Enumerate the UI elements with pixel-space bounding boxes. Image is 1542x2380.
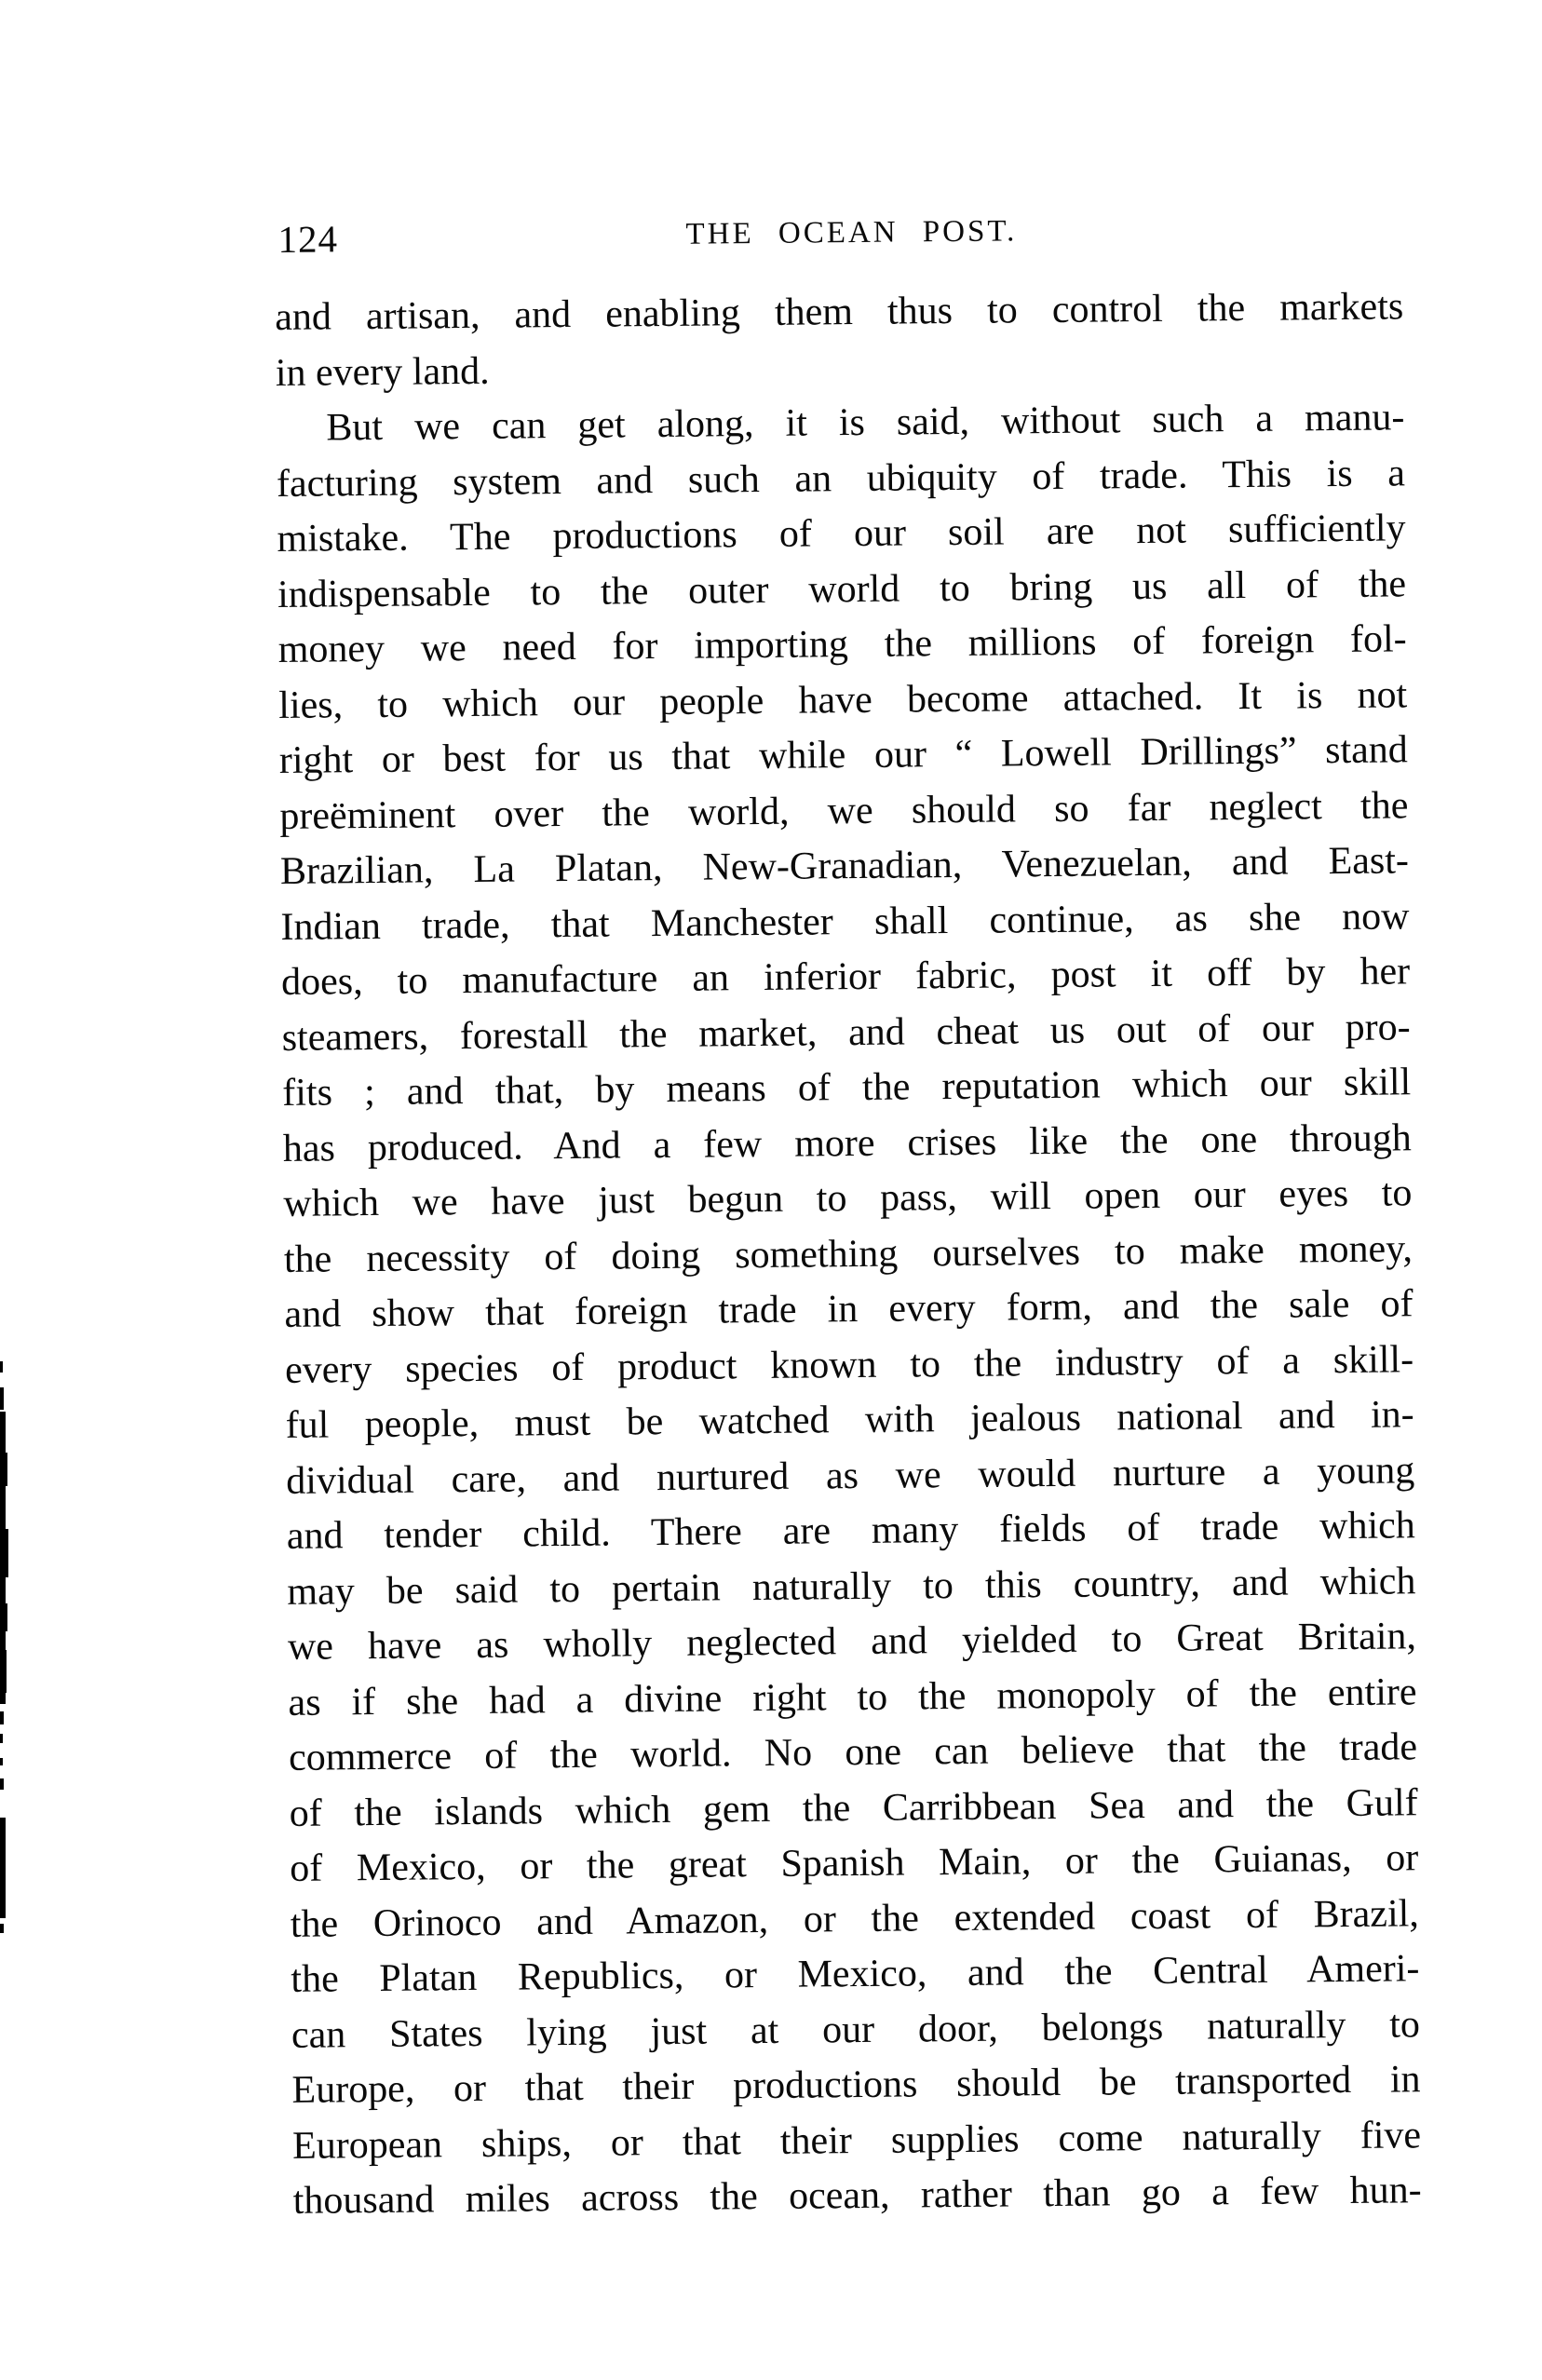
page-number: 124 <box>277 216 338 262</box>
text-line: thousand miles across the ocean, rather … <box>292 2163 1422 2229</box>
text-line: the Platan Republics, or Mexico, and the… <box>291 1941 1420 2008</box>
text-line: But we can get along, it is said, withou… <box>276 390 1405 456</box>
text-line: money we need for importing the millions… <box>277 612 1407 678</box>
text-line: we have as wholly neglected and yielded … <box>288 1609 1417 1675</box>
text-line: of Mexico, or the great Spanish Main, or… <box>290 1831 1419 1897</box>
scan-artifact <box>0 1361 3 1373</box>
text-line: does, to manufacture an inferior fabric,… <box>281 944 1411 1010</box>
scan-artifact <box>0 1529 8 1577</box>
page-header: 124 THE OCEAN POST. <box>274 206 1402 265</box>
scan-artifact <box>0 1734 3 1743</box>
text-line: fits ; and that, by means of the reputat… <box>282 1055 1412 1121</box>
scan-artifact <box>0 1453 7 1486</box>
scan-artifact <box>0 1924 4 1933</box>
text-line: and tender child. There are many fields … <box>287 1498 1416 1564</box>
scan-artifact <box>0 1650 7 1693</box>
text-line: mistake. The productions of our soil are… <box>277 501 1406 567</box>
body-text: and artisan, and enabling them thus to c… <box>275 279 1422 2229</box>
text-line: ful people, must be watched with jealous… <box>285 1387 1414 1454</box>
text-line: and artisan, and enabling them thus to c… <box>275 279 1404 345</box>
scan-artifact <box>0 1603 7 1631</box>
text-line: right or best for us that while our “ Lo… <box>279 723 1409 789</box>
text-line: which we have just begun to pass, will o… <box>283 1166 1413 1232</box>
scan-artifact <box>0 1778 4 1790</box>
text-line: Europe, or that their productions should… <box>291 2052 1421 2118</box>
scan-artifact <box>0 1387 4 1410</box>
running-title: THE OCEAN POST. <box>685 214 1017 251</box>
scan-artifact <box>0 1758 3 1765</box>
scan-artifact <box>0 1818 6 1918</box>
scanned-book-page: { "page": { "number": "124", "running_ti… <box>0 0 1542 2380</box>
text-line: Brazilian, La Platan, New-Granadian, Ven… <box>280 833 1410 899</box>
scan-artifact <box>0 1711 4 1724</box>
text-line: commerce of the world. No one can believ… <box>289 1720 1418 1786</box>
text-line: and show that foreign trade in every for… <box>284 1277 1413 1343</box>
